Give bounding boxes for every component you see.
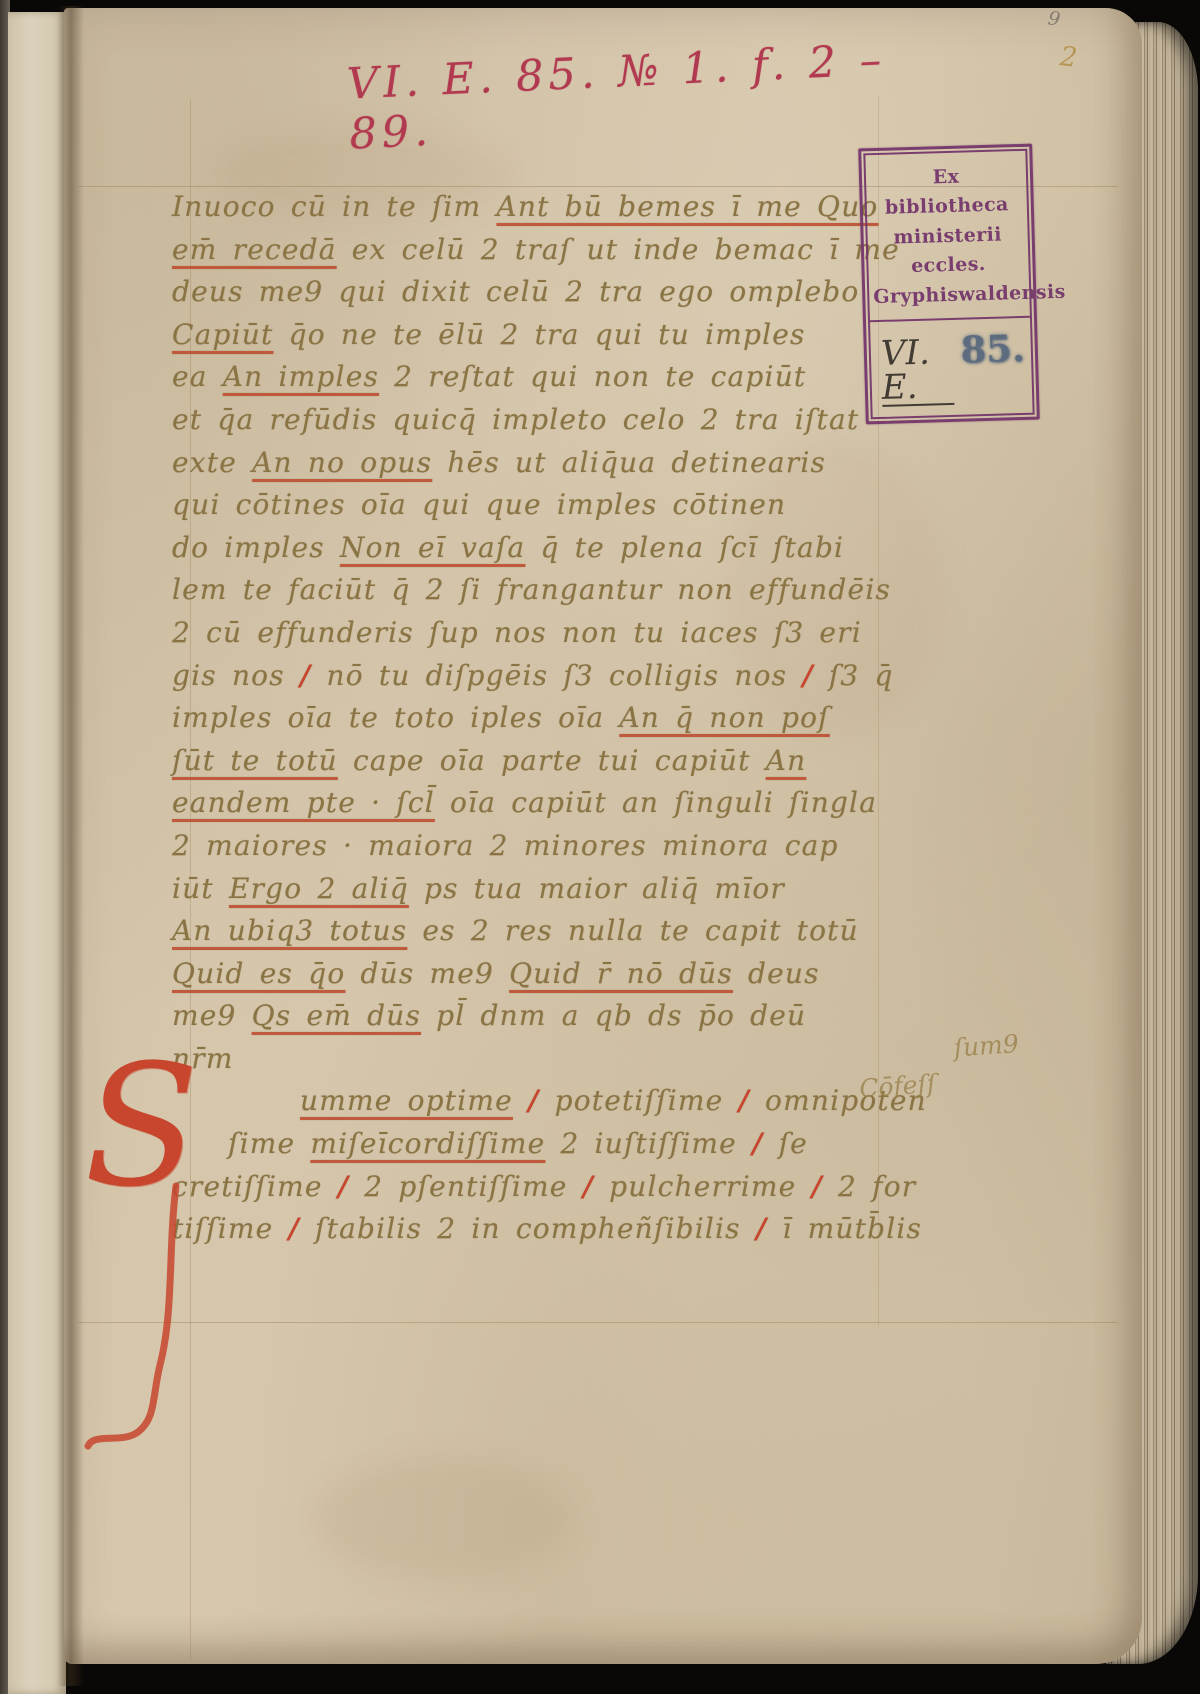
rubricated-phrase: miſeīcordiſſime <box>310 1127 545 1160</box>
rubric-mark: / <box>812 1170 823 1203</box>
rubric-mark: / <box>752 1127 763 1160</box>
text-segment: dūs me9 <box>345 957 509 990</box>
text-segment: 2 for <box>823 1170 916 1203</box>
rubricated-phrase: An <box>766 744 807 777</box>
rubric-mark: / <box>528 1084 539 1117</box>
library-stamp: Ex bibliotheca ministerii eccles. Gryphi… <box>858 144 1040 425</box>
manuscript-line: 2 cū effunderis ſup nos non tu iaces ſ3 … <box>172 612 896 655</box>
manuscript-photo: VI. E. 85. № 1. f. 2 – 89. Ex bibliothec… <box>0 0 1200 1694</box>
rubric-mark: / <box>300 659 311 692</box>
text-segment: gis nos <box>172 659 300 692</box>
manuscript-line: ea An imples 2 reſtat qui non te capiūt <box>172 356 896 399</box>
text-segment: do imples <box>172 531 340 564</box>
manuscript-line: cretiſſime / 2 pſentiſſime / pulcherrime… <box>172 1166 896 1209</box>
rubricated-phrase: Ergo 2 aliq̄ <box>229 872 409 905</box>
stamp-shelfmark-number: 85. <box>960 326 1026 372</box>
text-segment: imples oīa te toto iples oīa <box>172 701 619 734</box>
rubric-mark: / <box>756 1212 767 1245</box>
rubricated-phrase: An imples <box>223 360 379 393</box>
text-segment: ps tua maior aliq̄ mīor <box>409 872 785 905</box>
manuscript-line: eandem pte · ſcl̄ oīa capiūt an ſinguli … <box>172 782 896 825</box>
rubricated-phrase: ſūt te totū <box>172 744 338 777</box>
rubricated-phrase: Quid es q̄o <box>172 957 345 990</box>
text-segment: nō tu diſpgēis ſ3 colligis nos <box>311 659 802 692</box>
rubric-mark: / <box>338 1170 349 1203</box>
manuscript-line: qui cōtines oīa qui que imples cōtinen <box>172 484 896 527</box>
text-segment: q̄o ne te ēlū 2 tra qui tu imples <box>273 318 805 351</box>
text-segment <box>513 1084 528 1117</box>
text-segment: 2 reſtat qui non te capiūt <box>379 360 806 393</box>
text-segment: pulcherrime <box>594 1170 811 1203</box>
text-segment: 2 iuſtiſſime <box>545 1127 752 1160</box>
text-segment: ſime <box>228 1127 310 1160</box>
manuscript-line: Quid es q̄o dūs me9 Quid r̄ nō dūs deus <box>172 953 896 996</box>
manuscript-line: imples oīa te toto iples oīa An q̄ non p… <box>172 697 896 740</box>
rubricated-phrase: Ant bū bemes ī me Quo <box>496 190 878 223</box>
text-segment: ī mūtb̄lis <box>767 1212 922 1245</box>
manuscript-line: et q̄a refūdis quicq̄ impleto celo 2 tra… <box>172 399 896 442</box>
stamp-text-line: Gryphiswaldensis <box>873 279 1026 313</box>
stamp-text-line: ministerii eccles. <box>871 220 1025 283</box>
manuscript-line: deus me9 qui dixit celū 2 tra ego ompleb… <box>172 271 896 314</box>
rubricated-phrase: An ubiq3 totus <box>172 914 407 947</box>
folio-number: 2 <box>1058 41 1078 74</box>
rubric-mark: / <box>802 659 813 692</box>
manuscript-line: nr̄m <box>172 1038 896 1081</box>
text-segment: 2 maiores · maiora 2 minores minora cap <box>172 829 839 862</box>
text-segment: hēs ut aliq̄ua detinearis <box>432 446 826 479</box>
manuscript-line: Inuoco cū in te ſim Ant bū bemes ī me Qu… <box>172 186 896 229</box>
initial-s-flourish <box>64 1180 214 1470</box>
manuscript-line: do imples Non eī vaſa q̄ te plena ſcī ſt… <box>172 527 896 570</box>
text-segment: ſ3 q̄ <box>814 659 894 692</box>
rubricated-phrase: An q̄ non poſ <box>619 701 829 734</box>
stamp-outer-border: Ex bibliotheca ministerii eccles. Gryphi… <box>858 144 1040 425</box>
text-segment: potetiſſime <box>539 1084 738 1117</box>
manuscript-line: umme optime / potetiſſime / omnipoten <box>300 1080 896 1123</box>
manuscript-line: An ubiq3 totus es 2 res nulla te capit t… <box>172 910 896 953</box>
manuscript-line: Capiūt q̄o ne te ēlū 2 tra qui tu imples <box>172 314 896 357</box>
text-segment: qui cōtines oīa qui que imples cōtinen <box>172 488 786 521</box>
manuscript-line: exte An no opus hēs ut aliq̄ua detineari… <box>172 442 896 485</box>
stamp-shelfmark-prefix: VI. E. <box>880 335 954 407</box>
stamp-inner-border: Ex bibliotheca ministerii eccles. Gryphi… <box>863 149 1034 420</box>
rubricated-phrase: An no opus <box>252 446 432 479</box>
text-segment: es 2 res nulla te capit totū <box>407 914 859 947</box>
text-segment: et q̄a refūdis quicq̄ impleto celo 2 tra… <box>172 403 859 436</box>
manuscript-line: 2 maiores · maiora 2 minores minora cap <box>172 825 896 868</box>
text-segment: ex celū 2 traſ ut inde bemac ī me <box>337 233 900 266</box>
rubricated-phrase: Non eī vaſa <box>340 531 526 564</box>
manuscript-line: gis nos / nō tu diſpgēis ſ3 colligis nos… <box>172 655 896 698</box>
text-segment: cape oīa parte tui capiūt <box>338 744 766 777</box>
text-segment: deus me9 qui dixit celū 2 tra ego ompleb… <box>172 275 859 308</box>
text-segment: ſtabilis 2 in compheñſibilis <box>300 1212 756 1245</box>
margin-note: ſum9 Cōfeſſ <box>856 1026 1040 1106</box>
text-segment: exte <box>172 446 252 479</box>
text-segment: q̄ te plena ſcī ſtabi <box>525 531 844 564</box>
manuscript-text: Inuoco cū in te ſim Ant bū bemes ī me Qu… <box>172 186 896 1251</box>
text-segment: ſe <box>763 1127 807 1160</box>
rubricated-phrase: eandem pte · ſcl̄ <box>172 786 435 819</box>
manuscript-line: tiſſime / ſtabilis 2 in compheñſibilis /… <box>172 1208 896 1251</box>
manuscript-line: ſime miſeīcordiſſime 2 iuſtiſſime / ſe <box>228 1123 896 1166</box>
stamp-text-line: Ex bibliotheca <box>870 161 1024 224</box>
stamp-shelfmark: VI. E. 85. <box>870 316 1033 417</box>
rubricated-phrase: umme optime <box>300 1084 513 1117</box>
ruling-line-bottom <box>78 1322 1118 1323</box>
rubricated-phrase: Capiūt <box>172 318 273 351</box>
text-segment: oīa capiūt an ſinguli ſingla <box>435 786 877 819</box>
manuscript-line: ſūt te totū cape oīa parte tui capiūt An <box>172 740 896 783</box>
text-segment: 2 cū effunderis ſup nos non tu iaces ſ3 … <box>172 616 862 649</box>
text-segment: iūt <box>172 872 229 905</box>
manuscript-line: me9 Qs em̄ dūs pl̄ dnm a qb ds p̄o deū <box>172 995 896 1038</box>
rubric-mark: / <box>289 1212 300 1245</box>
parchment-stain <box>314 1458 574 1578</box>
rubricated-phrase: Qs em̄ dūs <box>252 999 421 1032</box>
rubric-mark: / <box>738 1084 749 1117</box>
manuscript-line: iūt Ergo 2 aliq̄ ps tua maior aliq̄ mīor <box>172 868 896 911</box>
rubricated-phrase: Quid r̄ nō dūs <box>509 957 733 990</box>
manuscript-line: lem te faciūt q̄ 2 ſi frangantur non eff… <box>172 569 896 612</box>
text-segment: lem te faciūt q̄ 2 ſi frangantur non eff… <box>172 573 891 606</box>
text-segment: deus <box>733 957 820 990</box>
manuscript-line: em̄ recedā ex celū 2 traſ ut inde bemac … <box>172 229 896 272</box>
rubric-mark: / <box>583 1170 594 1203</box>
text-segment: Inuoco cū in te ſim <box>172 190 496 223</box>
stamp-text: Ex bibliotheca ministerii eccles. Gryphi… <box>865 151 1030 321</box>
text-segment: pl̄ dnm a qb ds p̄o deū <box>421 999 806 1032</box>
text-segment: ea <box>172 360 223 393</box>
text-segment: 2 pſentiſſime <box>349 1170 582 1203</box>
rubricated-phrase: em̄ recedā <box>172 233 337 266</box>
